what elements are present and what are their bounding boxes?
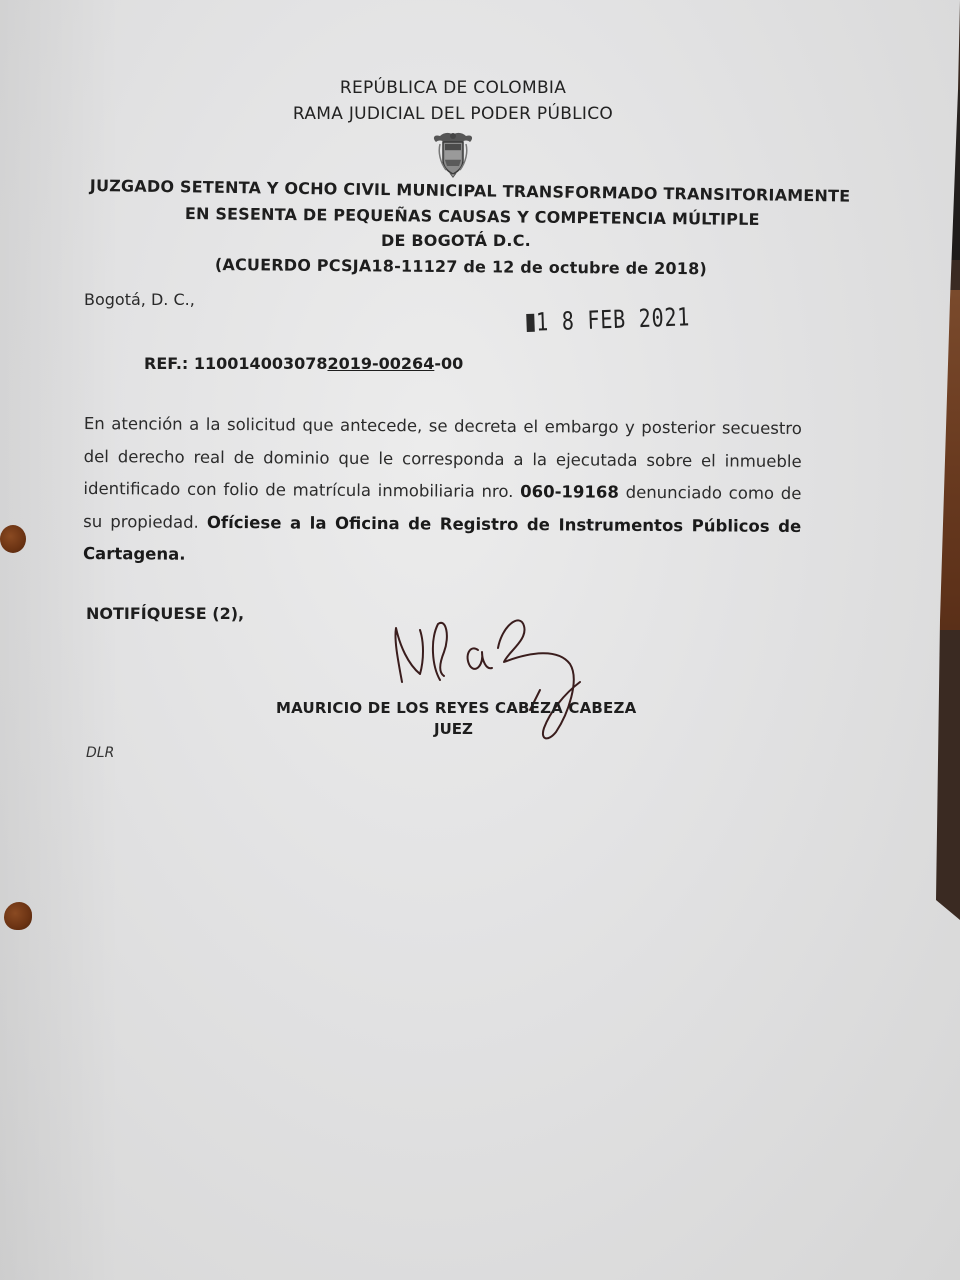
- header-judicial-branch: RAMA JUDICIAL DEL PODER PÚBLICO: [0, 104, 906, 124]
- court-agreement-reference: (ACUERDO PCSJA18-11127 de 12 de octubre …: [215, 255, 707, 278]
- date-stamp-text: 1 8 FEB 2021: [536, 302, 691, 336]
- court-name-line-3: DE BOGOTÁ D.C.: [381, 231, 531, 250]
- stamp-mark-icon: [526, 314, 535, 332]
- city-line: Bogotá, D. C.,: [84, 290, 195, 309]
- reference-prefix: 110014003078: [194, 354, 328, 373]
- document-page: REPÚBLICA DE COLOMBIA RAMA JUDICIAL DEL …: [0, 0, 960, 1280]
- case-reference: REF.: 1100140030782019-00264-00: [144, 354, 463, 373]
- signer-role: JUEZ: [434, 720, 473, 738]
- reference-label: REF.:: [144, 354, 188, 373]
- date-stamp: 1 8 FEB 2021: [526, 302, 691, 337]
- reference-case-number: 2019-00264: [327, 354, 434, 373]
- drafter-initials: DLR: [86, 745, 114, 761]
- folio-number: 060-19168: [520, 482, 619, 502]
- court-name-line-2: EN SESENTA DE PEQUEÑAS CAUSAS Y COMPETEN…: [185, 204, 760, 229]
- punch-hole-bottom: [4, 902, 32, 930]
- closing-notification: NOTIFÍQUESE (2),: [86, 604, 244, 623]
- colombia-coat-of-arms-icon: [428, 128, 478, 178]
- reference-suffix: -00: [434, 354, 463, 373]
- ruling-paragraph: En atención a la solicitud que antecede,…: [83, 408, 802, 576]
- header-republic: REPÚBLICA DE COLOMBIA: [0, 78, 906, 98]
- signer-name: MAURICIO DE LOS REYES CABEZA CABEZA: [276, 699, 636, 717]
- handwritten-signature-icon: [380, 590, 640, 750]
- court-name-line-1: JUZGADO SETENTA Y OCHO CIVIL MUNICIPAL T…: [90, 176, 851, 206]
- punch-hole-top: [0, 525, 26, 553]
